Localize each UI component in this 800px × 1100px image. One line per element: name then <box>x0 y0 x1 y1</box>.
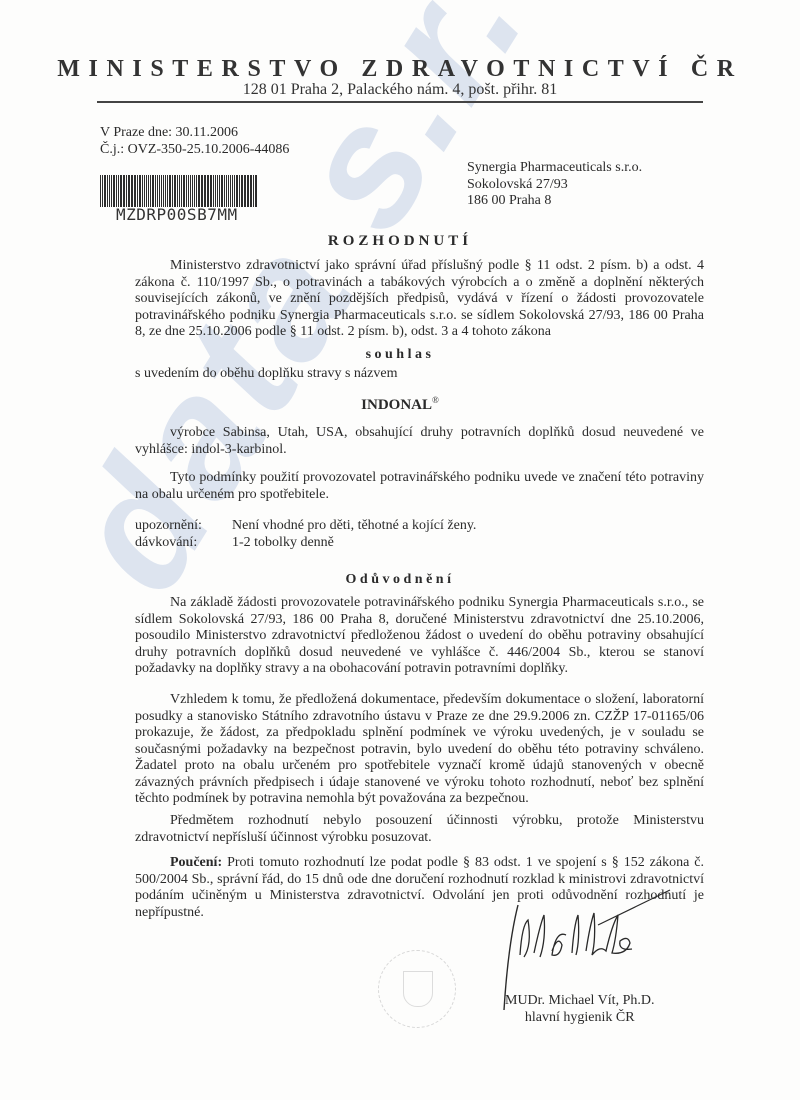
conditions-text: Tyto podmínky použití provozovatel potra… <box>135 470 704 503</box>
barcode-bar <box>167 175 168 207</box>
barcode-bar <box>239 175 240 207</box>
barcode-bar <box>207 175 209 207</box>
barcode-bar <box>226 175 227 207</box>
barcode-bar <box>163 175 164 207</box>
barcode-bar <box>144 175 145 207</box>
barcode-bar <box>177 175 178 207</box>
letterhead-address: 128 01 Praha 2, Palackého nám. 4, pošt. … <box>0 81 800 99</box>
barcode-bar <box>134 175 136 207</box>
barcode-bar <box>172 175 173 207</box>
barcode-bar <box>116 175 117 207</box>
barcode-bar <box>255 175 257 207</box>
recipient-name: Synergia Pharmaceuticals s.r.o. <box>467 160 642 177</box>
barcode-bar <box>161 175 162 207</box>
barcode-bar <box>109 175 110 207</box>
barcode-bar <box>142 175 143 207</box>
recipient-street: Sokolovská 27/93 <box>467 177 642 194</box>
signatory-name: MUDr. Michael Vít, Ph.D. <box>505 992 654 1009</box>
document-page: MINISTERSTVO ZDRAVOTNICTVÍ ČR 128 01 Pra… <box>0 0 800 1100</box>
signatory-title: hlavní hygienik ČR <box>505 1009 654 1026</box>
barcode-bar <box>146 175 147 207</box>
barcode-bar <box>139 175 141 207</box>
justification-heading: Odůvodnění <box>0 572 800 588</box>
barcode-bar <box>241 175 243 207</box>
condition-dosage: dávkování:1-2 tobolky denně <box>135 535 334 552</box>
coat-of-arms-icon <box>403 971 433 1007</box>
barcode-bar <box>126 175 127 207</box>
justification-paragraph: Předmětem rozhodnutí nebylo posouzení úč… <box>135 813 704 846</box>
barcode-bar <box>183 175 185 207</box>
consent-heading: souhlas <box>0 347 800 363</box>
barcode-bar <box>188 175 189 207</box>
barcode-bar <box>244 175 246 207</box>
condition-warning: upozornění:Není vhodné pro děti, těhotné… <box>135 518 476 535</box>
barcode-bar <box>152 175 154 207</box>
barcode-bar <box>186 175 187 207</box>
letterhead-title: MINISTERSTVO ZDRAVOTNICTVÍ ČR <box>0 56 800 83</box>
barcode-bar <box>219 175 220 207</box>
barcode-bar <box>210 175 212 207</box>
barcode-bar <box>181 175 182 207</box>
barcode-bar <box>137 175 138 207</box>
justification-paragraph: Vzhledem k tomu, že předložená dokumenta… <box>135 692 704 808</box>
decision-heading: ROZHODNUTÍ <box>0 233 800 250</box>
barcode-bar <box>174 175 176 207</box>
recipient-city: 186 00 Praha 8 <box>467 193 642 210</box>
barcode-bar <box>120 175 122 207</box>
barcode-bar <box>198 175 200 207</box>
barcode-bar <box>196 175 197 207</box>
barcode-bar <box>131 175 133 207</box>
barcode-bar <box>192 175 193 207</box>
barcode-bar <box>159 175 160 207</box>
barcode-bar <box>204 175 206 207</box>
barcode-bar <box>224 175 225 207</box>
product-name: INDONAL® <box>0 395 800 414</box>
barcode-bar <box>250 175 252 207</box>
barcode-bar <box>111 175 112 207</box>
date-line: V Praze dne: 30.11.2006 <box>100 124 289 141</box>
barcode-bar <box>230 175 231 207</box>
document-meta: V Praze dne: 30.11.2006 Č.j.: OVZ-350-25… <box>100 124 289 158</box>
barcode-bar <box>201 175 203 207</box>
official-stamp <box>378 950 456 1028</box>
barcode-bar <box>169 175 171 207</box>
barcode-bar <box>217 175 218 207</box>
barcode-code: MZDRP00SB7MM <box>116 205 238 224</box>
barcode-bar <box>104 175 106 207</box>
barcode <box>100 175 276 207</box>
barcode-bar <box>228 175 229 207</box>
barcode-bar <box>128 175 130 207</box>
decision-intro: Ministerstvo zdravotnictví jako správní … <box>135 258 704 341</box>
barcode-bar <box>221 175 223 207</box>
barcode-bar <box>234 175 235 207</box>
manufacturer-text: výrobce Sabinsa, Utah, USA, obsahující d… <box>135 425 704 458</box>
barcode-bar <box>232 175 233 207</box>
barcode-bar <box>179 175 180 207</box>
barcode-bar <box>190 175 191 207</box>
barcode-bar <box>155 175 156 207</box>
barcode-bar <box>148 175 149 207</box>
barcode-bar <box>118 175 119 207</box>
barcode-bar <box>113 175 115 207</box>
justification-paragraph: Na základě žádosti provozovatele potravi… <box>135 595 704 678</box>
consent-text: s uvedením do oběhu doplňku stravy s náz… <box>135 366 397 383</box>
barcode-bar <box>150 175 151 207</box>
barcode-bar <box>123 175 125 207</box>
barcode-bar <box>194 175 195 207</box>
barcode-bar <box>247 175 249 207</box>
barcode-bar <box>236 175 238 207</box>
barcode-bar <box>213 175 214 207</box>
barcode-bar <box>157 175 158 207</box>
signatory-block: MUDr. Michael Vít, Ph.D. hlavní hygienik… <box>505 992 654 1026</box>
barcode-bar <box>165 175 166 207</box>
barcode-bar <box>253 175 254 207</box>
barcode-bar <box>107 175 108 207</box>
reference-number: Č.j.: OVZ-350-25.10.2006-44086 <box>100 141 289 158</box>
recipient-address: Synergia Pharmaceuticals s.r.o. Sokolovs… <box>467 160 642 210</box>
barcode-bar <box>100 175 101 207</box>
header-divider <box>97 101 703 103</box>
barcode-bar <box>215 175 216 207</box>
barcode-bar <box>102 175 103 207</box>
